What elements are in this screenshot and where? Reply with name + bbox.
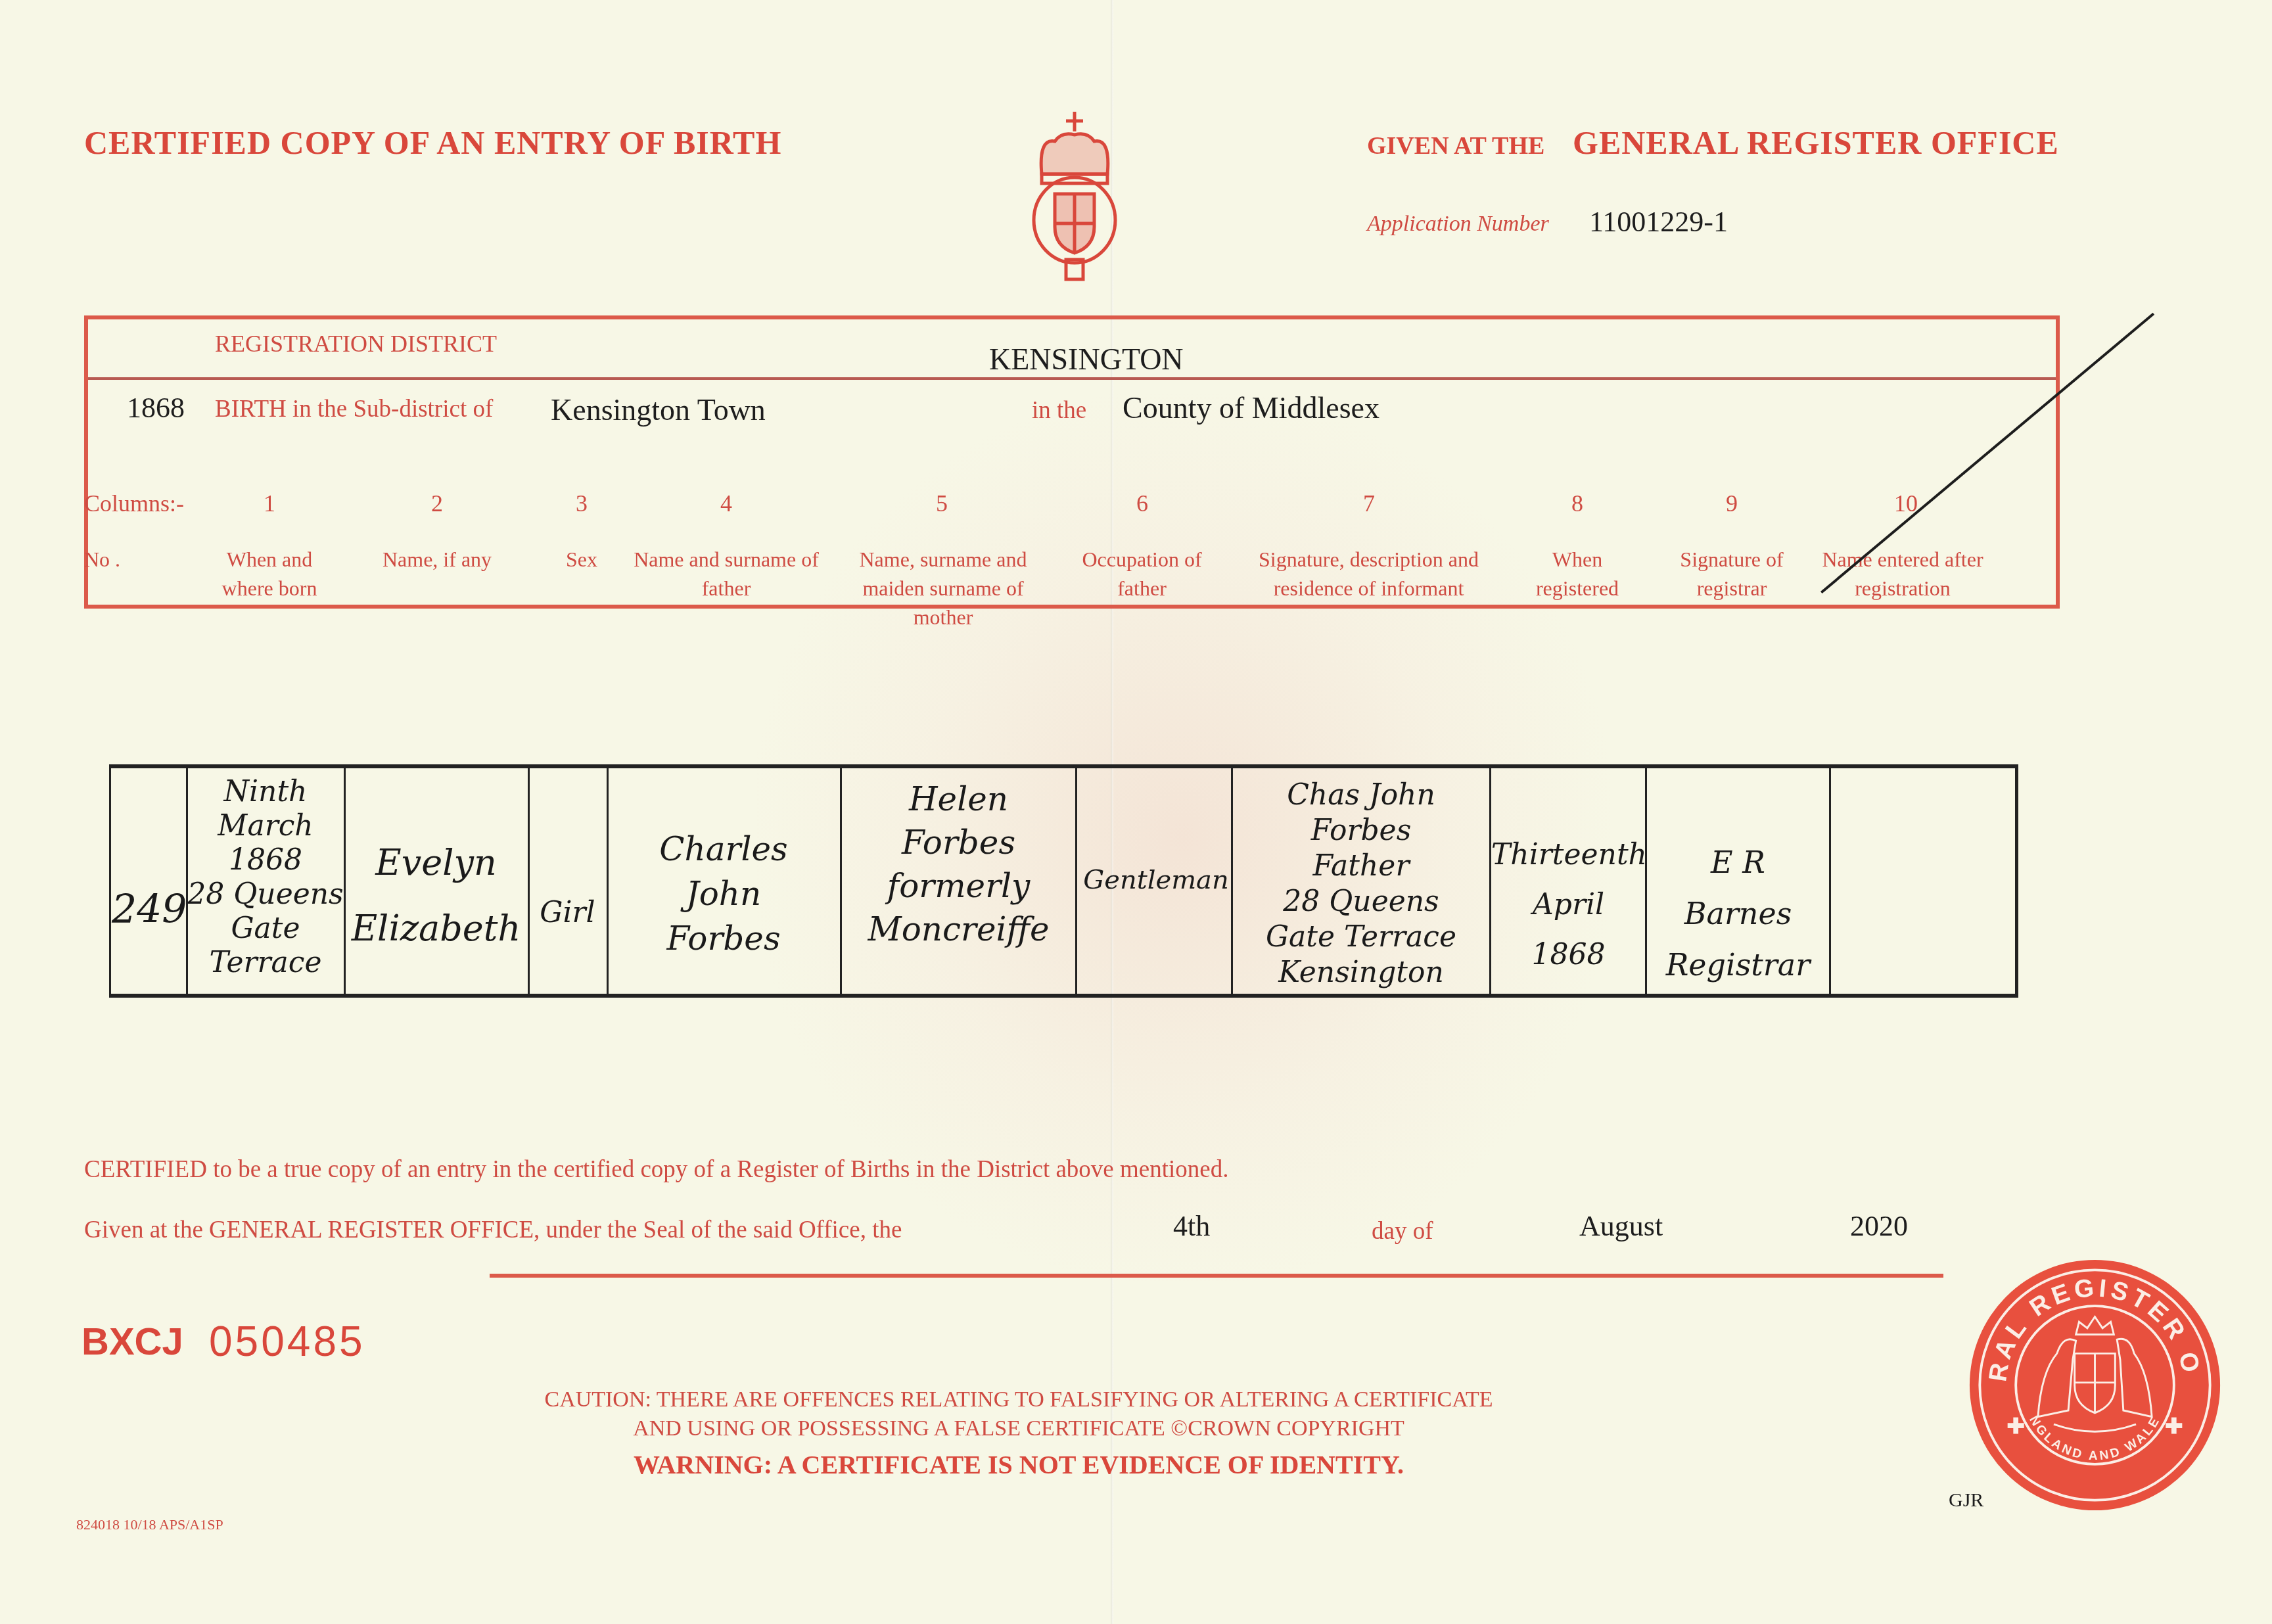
entry-mother: Helen Forbes formerly Moncreiffe [842, 777, 1075, 951]
entry-when-registered: Thirteenth April 1868 [1491, 830, 1646, 980]
no-column-header: No . [84, 547, 120, 572]
county-value: County of Middlesex [1123, 390, 1379, 425]
form-code: 824018 10/18 APS/A1SP [76, 1516, 223, 1533]
entry-sex: Girl [530, 896, 605, 930]
entry-registrar-signature: E R Barnes Registrar [1647, 837, 1829, 990]
col-divider [528, 764, 530, 998]
issue-year: 2020 [1850, 1209, 1908, 1243]
issue-day: 4th [1173, 1209, 1210, 1243]
birth-subdistrict-label: BIRTH in the Sub-district of [215, 395, 493, 423]
column-number: 2 [417, 490, 457, 517]
office-name: GENERAL REGISTER OFFICE [1573, 124, 2059, 162]
entry-number: 249 [112, 893, 185, 927]
column-header-informant: Signature, description and residence of … [1236, 545, 1502, 603]
entry-when-where-born: Ninth March 1868 28 Queens Gate Terrace [187, 775, 344, 980]
identity-warning: WARNING: A CERTIFICATE IS NOT EVIDENCE O… [509, 1449, 1528, 1480]
birth-year: 1868 [127, 391, 185, 425]
issue-month: August [1579, 1209, 1663, 1243]
royal-crest-icon [1025, 112, 1124, 283]
column-header-name: Name, if any [365, 545, 509, 574]
column-number: 6 [1123, 490, 1162, 517]
column-header-sex: Sex [555, 545, 608, 574]
serial-number: 050485 [209, 1317, 365, 1366]
column-header-when-registered: When registered [1518, 545, 1636, 603]
entry-father: Charles John Forbes [609, 827, 839, 961]
table-bottom-rule [109, 994, 2018, 998]
col-divider [2015, 764, 2018, 998]
column-number: 9 [1712, 490, 1751, 517]
birth-entry-table: 249 Ninth March 1868 28 Queens Gate Terr… [109, 764, 2018, 998]
entry-occupation: Gentleman [1077, 863, 1235, 897]
certification-statement: CERTIFIED to be a true copy of an entry … [84, 1155, 1228, 1184]
signature-rule [490, 1274, 1943, 1278]
column-header-father: Name and surname of father [628, 545, 825, 603]
district-divider [88, 377, 2056, 380]
application-number: 11001229-1 [1589, 205, 1728, 239]
application-number-label: Application Number [1367, 212, 1549, 237]
column-header-occupation: Occupation of father [1078, 545, 1206, 603]
serial-prefix: BXCJ [81, 1320, 183, 1364]
column-number: 10 [1883, 490, 1929, 517]
col-divider [1829, 764, 1831, 998]
general-register-office-seal-icon: GENERAL REGISTER OFFICE ENGLAND AND WALE… [1968, 1259, 2221, 1512]
column-number: 8 [1558, 490, 1597, 517]
column-header-registrar: Signature of registrar [1659, 545, 1804, 603]
column-header-when-born: When and where born [204, 545, 335, 603]
given-under-seal-statement: Given at the GENERAL REGISTER OFFICE, un… [84, 1216, 902, 1244]
column-number: 4 [707, 490, 746, 517]
sub-district-value: Kensington Town [551, 392, 766, 427]
column-header-mother: Name, surname and maiden surname of moth… [845, 545, 1042, 632]
column-number: 3 [562, 490, 601, 517]
given-at-label: GIVEN AT THE [1367, 131, 1544, 160]
in-the-label: in the [1032, 396, 1086, 425]
columns-label: Columns:- [84, 490, 184, 517]
registration-district-label: REGISTRATION DISTRICT [215, 330, 497, 358]
registration-district-value: KENSINGTON [989, 342, 1184, 377]
column-number: 5 [922, 490, 962, 517]
column-number: 7 [1349, 490, 1389, 517]
entry-informant: Chas John Forbes Father 28 Queens Gate T… [1233, 777, 1489, 990]
col-divider [109, 764, 111, 998]
caution-notice: CAUTION: THERE ARE OFFENCES RELATING TO … [509, 1385, 1528, 1443]
certificate-title: CERTIFIED COPY OF AN ENTRY OF BIRTH [84, 124, 781, 162]
day-of-label: day of [1372, 1217, 1433, 1245]
entry-name: Evelyn Elizabeth [346, 830, 526, 962]
column-header-name-after: Name entered after registration [1811, 545, 1995, 603]
column-number: 1 [250, 490, 289, 517]
table-top-rule [109, 764, 2018, 768]
